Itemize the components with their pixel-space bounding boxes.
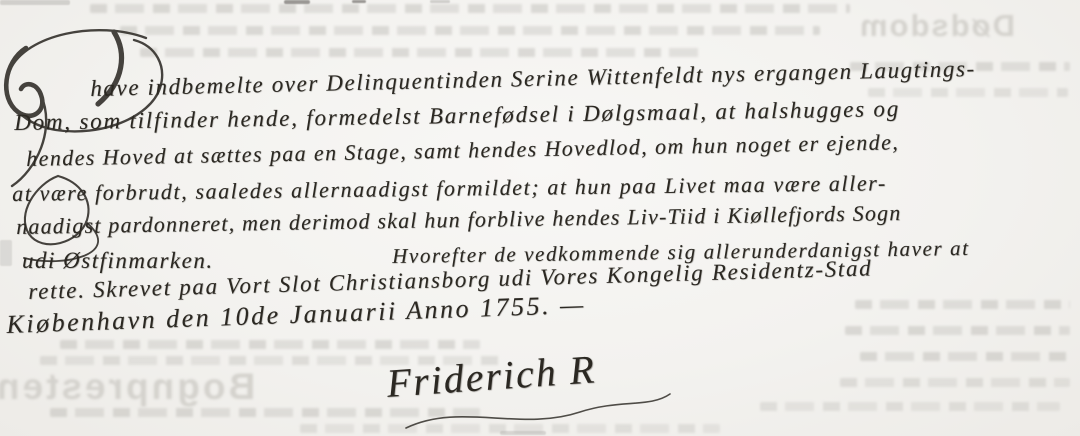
bleedthrough-text-band [855, 300, 1070, 309]
scan-noise [0, 240, 12, 266]
bleedthrough-text-band [845, 326, 1070, 335]
manuscript-line-6a: udi Østfinmarken. [22, 248, 214, 274]
scan-noise [284, 0, 310, 4]
bleedthrough-text-band [140, 48, 700, 57]
scan-noise [500, 431, 546, 435]
bleedthrough-text-band [90, 4, 850, 13]
scan-noise [430, 0, 450, 3]
bleedthrough-text-band [860, 352, 1070, 361]
scan-noise [352, 0, 366, 3]
scan-noise [0, 0, 70, 5]
bleedthrough-headline-bottom-left: Bognpresten [0, 366, 255, 408]
signature-flourish [400, 388, 700, 436]
bleedthrough-text-band [60, 340, 480, 349]
manuscript-line-1: have indbemelte over Delinquentinden Ser… [90, 56, 976, 102]
bleedthrough-text-band [840, 378, 1070, 387]
bleedthrough-text-band [760, 402, 1060, 411]
bleedthrough-text-band [120, 26, 820, 35]
bleedthrough-headline-top-right: Dødsdom [858, 8, 1015, 44]
manuscript-scan-page: Dødsdom Bognpresten have indbemelte over… [0, 0, 1080, 436]
